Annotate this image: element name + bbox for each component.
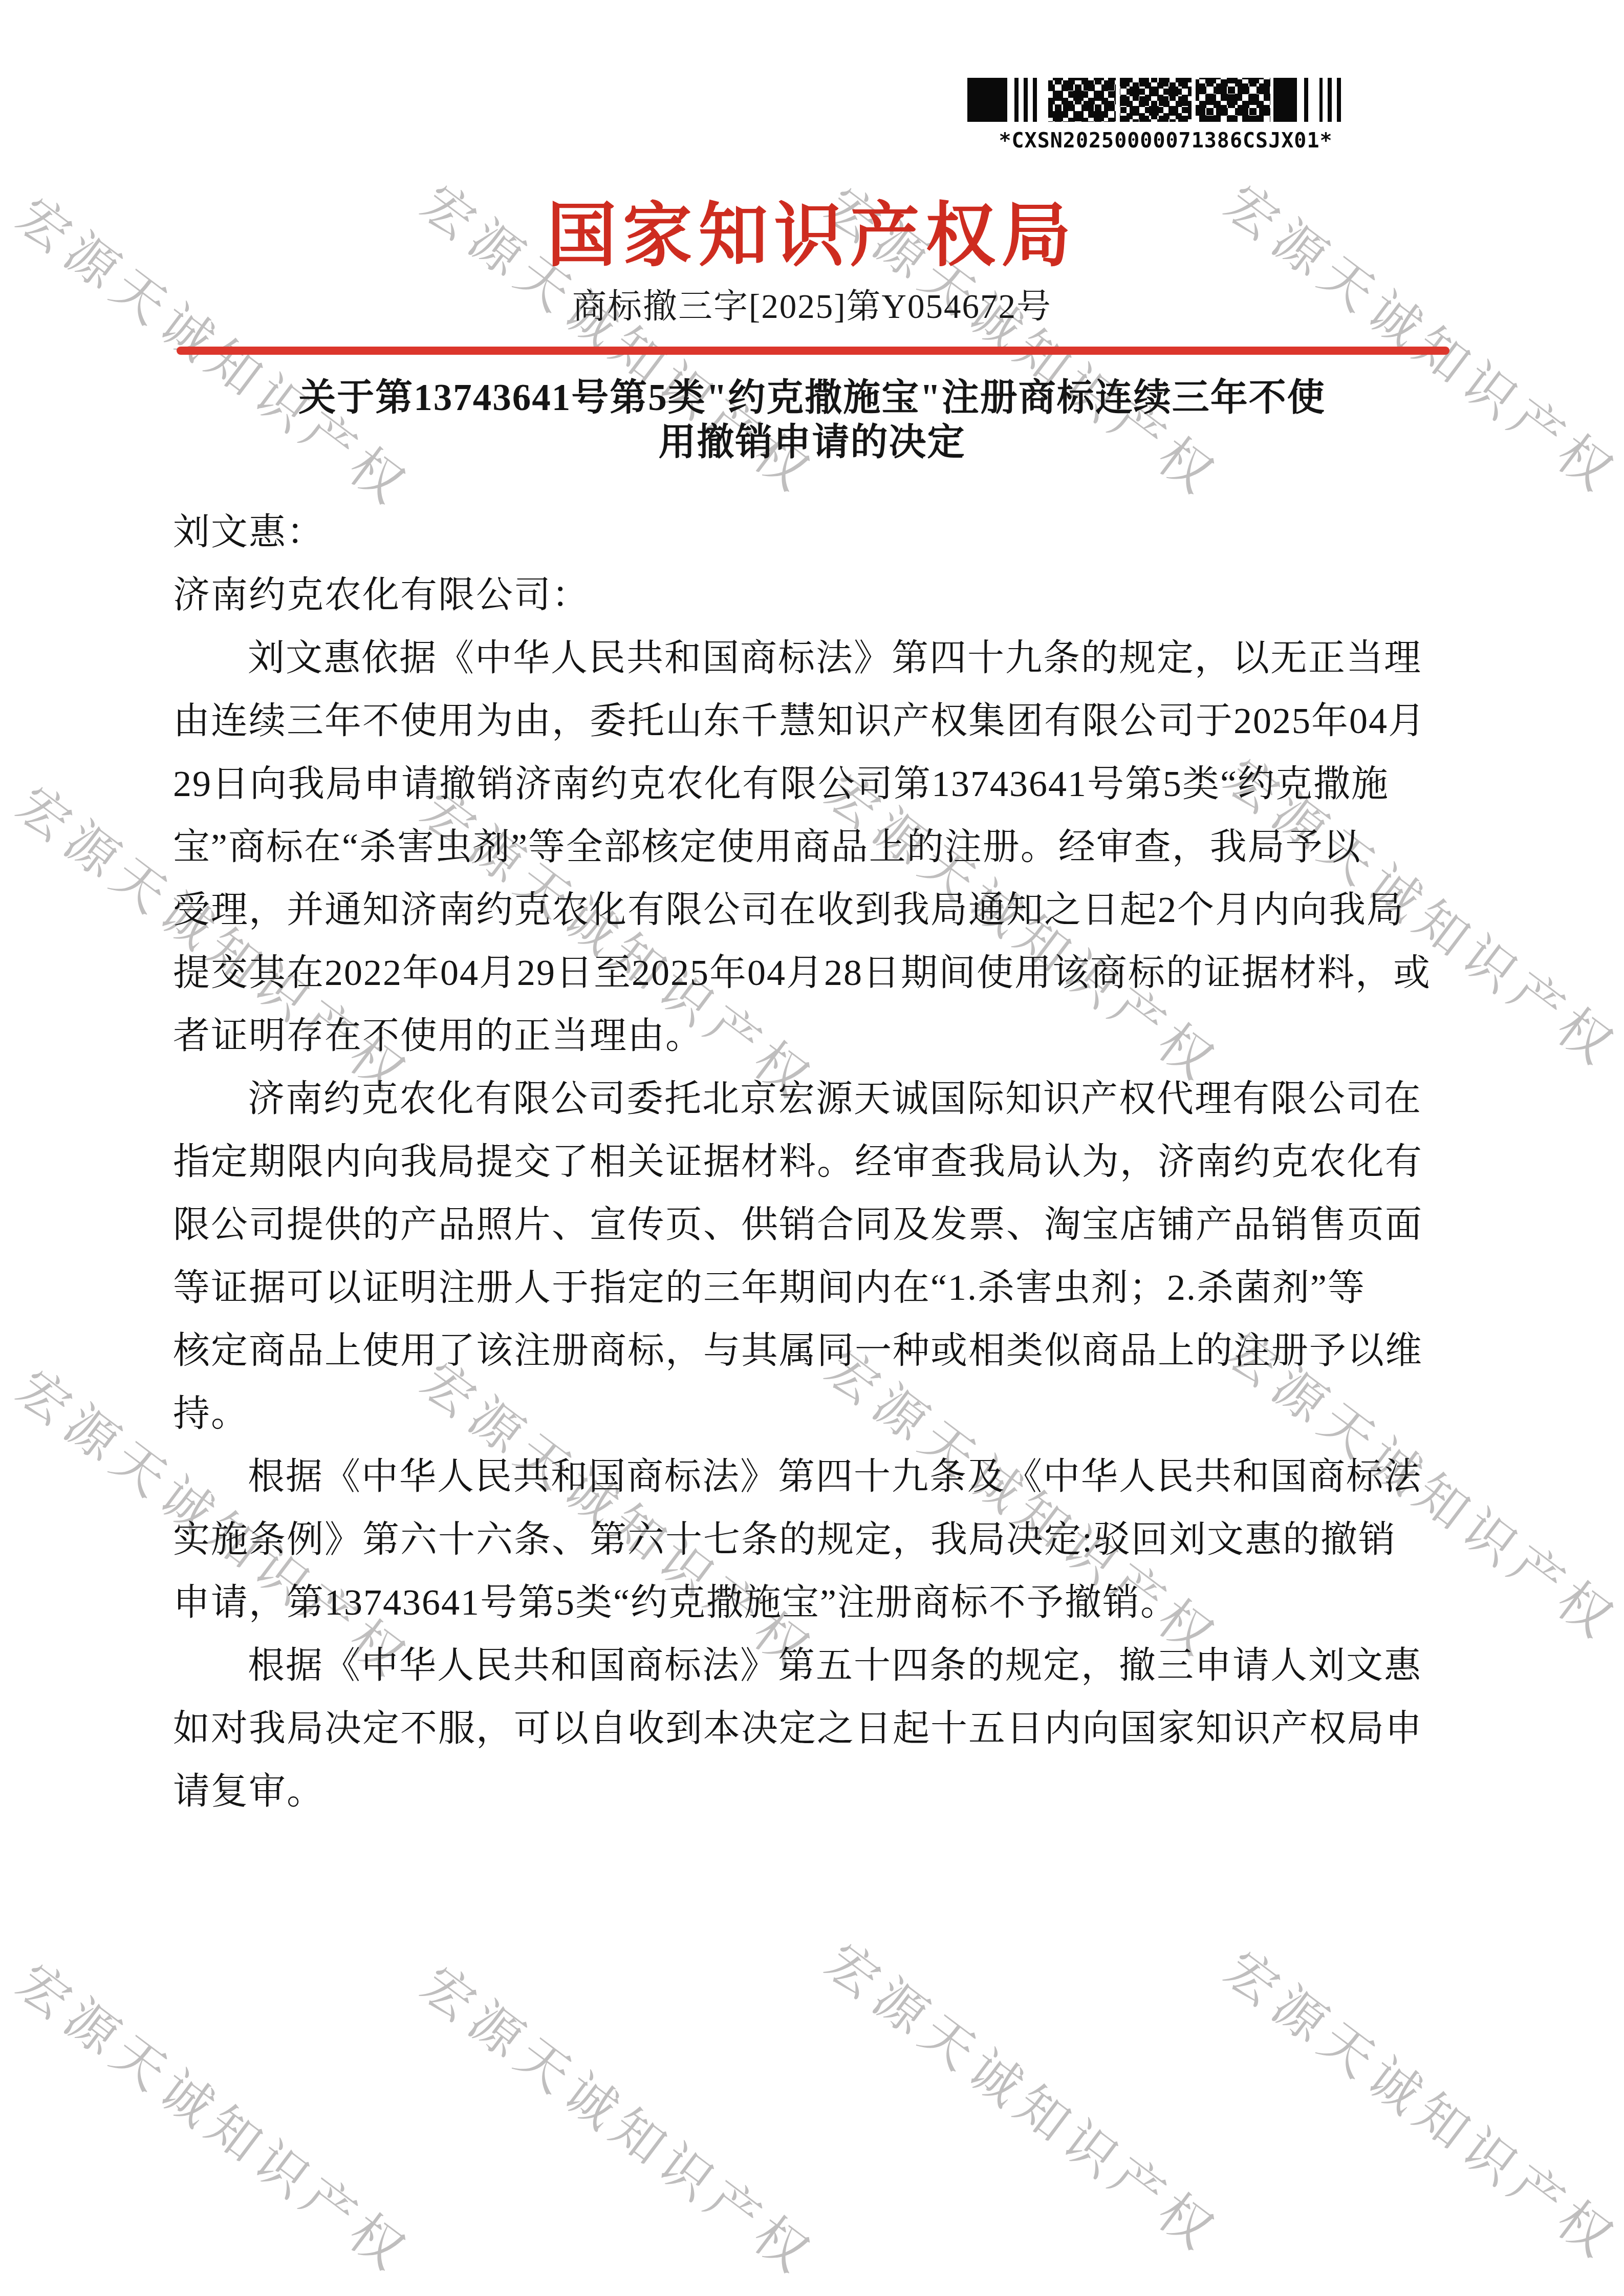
barcode-graphic xyxy=(967,78,1364,122)
barcode-matrix xyxy=(1120,78,1192,122)
decision-title-line2: 用撤销申请的决定 xyxy=(0,420,1624,464)
barcode-bar xyxy=(1304,78,1308,122)
red-divider xyxy=(177,347,1449,355)
paragraph-3: 根据《中华人民共和国商标法》第四十九条及《中华人民共和国商标法 实施条例》第六十… xyxy=(173,1445,1461,1634)
body-line: 受理，并通知济南约克农化有限公司在收到我局通知之日起2个月内向我局 xyxy=(173,878,1461,941)
body-line: 等证据可以证明注册人于指定的三年期间内在“1.杀害虫剂；2.杀菌剂”等 xyxy=(173,1256,1461,1319)
body-line: 限公司提供的产品照片、宣传页、供销合同及发票、淘宝店铺产品销售页面 xyxy=(173,1193,1461,1256)
body-line: 提交其在2022年04月29日至2025年04月28日期间使用该商标的证据材料，… xyxy=(173,941,1461,1004)
paragraph-4: 根据《中华人民共和国商标法》第五十四条的规定，撤三申请人刘文惠 如对我局决定不服… xyxy=(173,1634,1461,1823)
body-line: 29日向我局申请撤销济南约克农化有限公司第13743641号第5类“约克撒施 xyxy=(173,753,1461,816)
barcode-solid-block xyxy=(1273,78,1297,122)
barcode-matrix xyxy=(1048,78,1116,122)
body-line: 者证明存在不使用的正当理由。 xyxy=(173,1004,1461,1067)
watermark-text: 宏源天诚知识产权 xyxy=(408,1945,832,2290)
barcode-bar xyxy=(1014,78,1019,122)
body-line: 持。 xyxy=(173,1382,1461,1445)
paragraph-2: 济南约克农化有限公司委托北京宏源天诚国际知识产权代理有限公司在 指定期限内向我局… xyxy=(173,1067,1461,1445)
barcode-bar xyxy=(1024,78,1028,122)
body-line: 刘文惠依据《中华人民共和国商标法》第四十九条的规定，以无正当理 xyxy=(173,627,1461,690)
body-line: 核定商品上使用了该注册商标，与其属同一种或相类似商品上的注册予以维 xyxy=(173,1319,1461,1382)
body-line: 宝”商标在“杀害虫剂”等全部核定使用商品上的注册。经审查，我局予以 xyxy=(173,816,1461,878)
barcode-bar xyxy=(1033,78,1037,122)
barcode-bar xyxy=(1337,78,1341,122)
recipient-company: 济南约克农化有限公司： xyxy=(173,564,1461,627)
body-line: 根据《中华人民共和国商标法》第四十九条及《中华人民共和国商标法 xyxy=(173,1445,1461,1508)
barcode-matrix xyxy=(1196,78,1270,122)
body-line: 申请，第13743641号第5类“约克撒施宝”注册商标不予撤销。 xyxy=(173,1571,1461,1634)
watermark-text: 宏源天诚知识产权 xyxy=(813,1922,1237,2267)
agency-title: 国家知识产权局 xyxy=(0,179,1624,280)
body-line: 请复审。 xyxy=(173,1760,1461,1823)
decision-title: 关于第13743641号第5类"约克撒施宝"注册商标连续三年不使 用撤销申请的决… xyxy=(0,375,1624,464)
letter-body: 刘文惠： 济南约克农化有限公司： 刘文惠依据《中华人民共和国商标法》第四十九条的… xyxy=(173,501,1461,1823)
barcode: *CXSN20250000071386CSJX01* xyxy=(967,78,1364,144)
barcode-label: *CXSN20250000071386CSJX01* xyxy=(967,129,1364,153)
barcode-bar xyxy=(1328,78,1332,122)
body-line: 如对我局决定不服，可以自收到本决定之日起十五日内向国家知识产权局申 xyxy=(173,1697,1461,1760)
watermark-text: 宏源天诚知识产权 xyxy=(1212,1930,1624,2274)
recipient-person: 刘文惠： xyxy=(173,501,1461,564)
body-line: 济南约克农化有限公司委托北京宏源天诚国际知识产权代理有限公司在 xyxy=(173,1067,1461,1130)
paragraph-1: 刘文惠依据《中华人民共和国商标法》第四十九条的规定，以无正当理 由连续三年不使用… xyxy=(173,627,1461,1067)
body-line: 实施条例》第六十六条、第六十七条的规定，我局决定:驳回刘文惠的撤销 xyxy=(173,1508,1461,1571)
decision-title-line1: 关于第13743641号第5类"约克撒施宝"注册商标连续三年不使 xyxy=(0,375,1624,420)
barcode-solid-block xyxy=(967,78,1007,122)
watermark-text: 宏源天诚知识产权 xyxy=(4,1943,428,2287)
doc-number: 商标撤三字[2025]第Y054672号 xyxy=(0,279,1624,328)
body-line: 根据《中华人民共和国商标法》第五十四条的规定，撤三申请人刘文惠 xyxy=(173,1634,1461,1697)
body-line: 指定期限内向我局提交了相关证据材料。经审查我局认为，济南约克农化有 xyxy=(173,1130,1461,1193)
document-page: 宏源天诚知识产权 宏源天诚知识产权 宏源天诚知识产权 宏源天诚知识产权 宏源天诚… xyxy=(0,0,1624,2296)
body-line: 由连续三年不使用为由，委托山东千慧知识产权集团有限公司于2025年04月 xyxy=(173,690,1461,753)
